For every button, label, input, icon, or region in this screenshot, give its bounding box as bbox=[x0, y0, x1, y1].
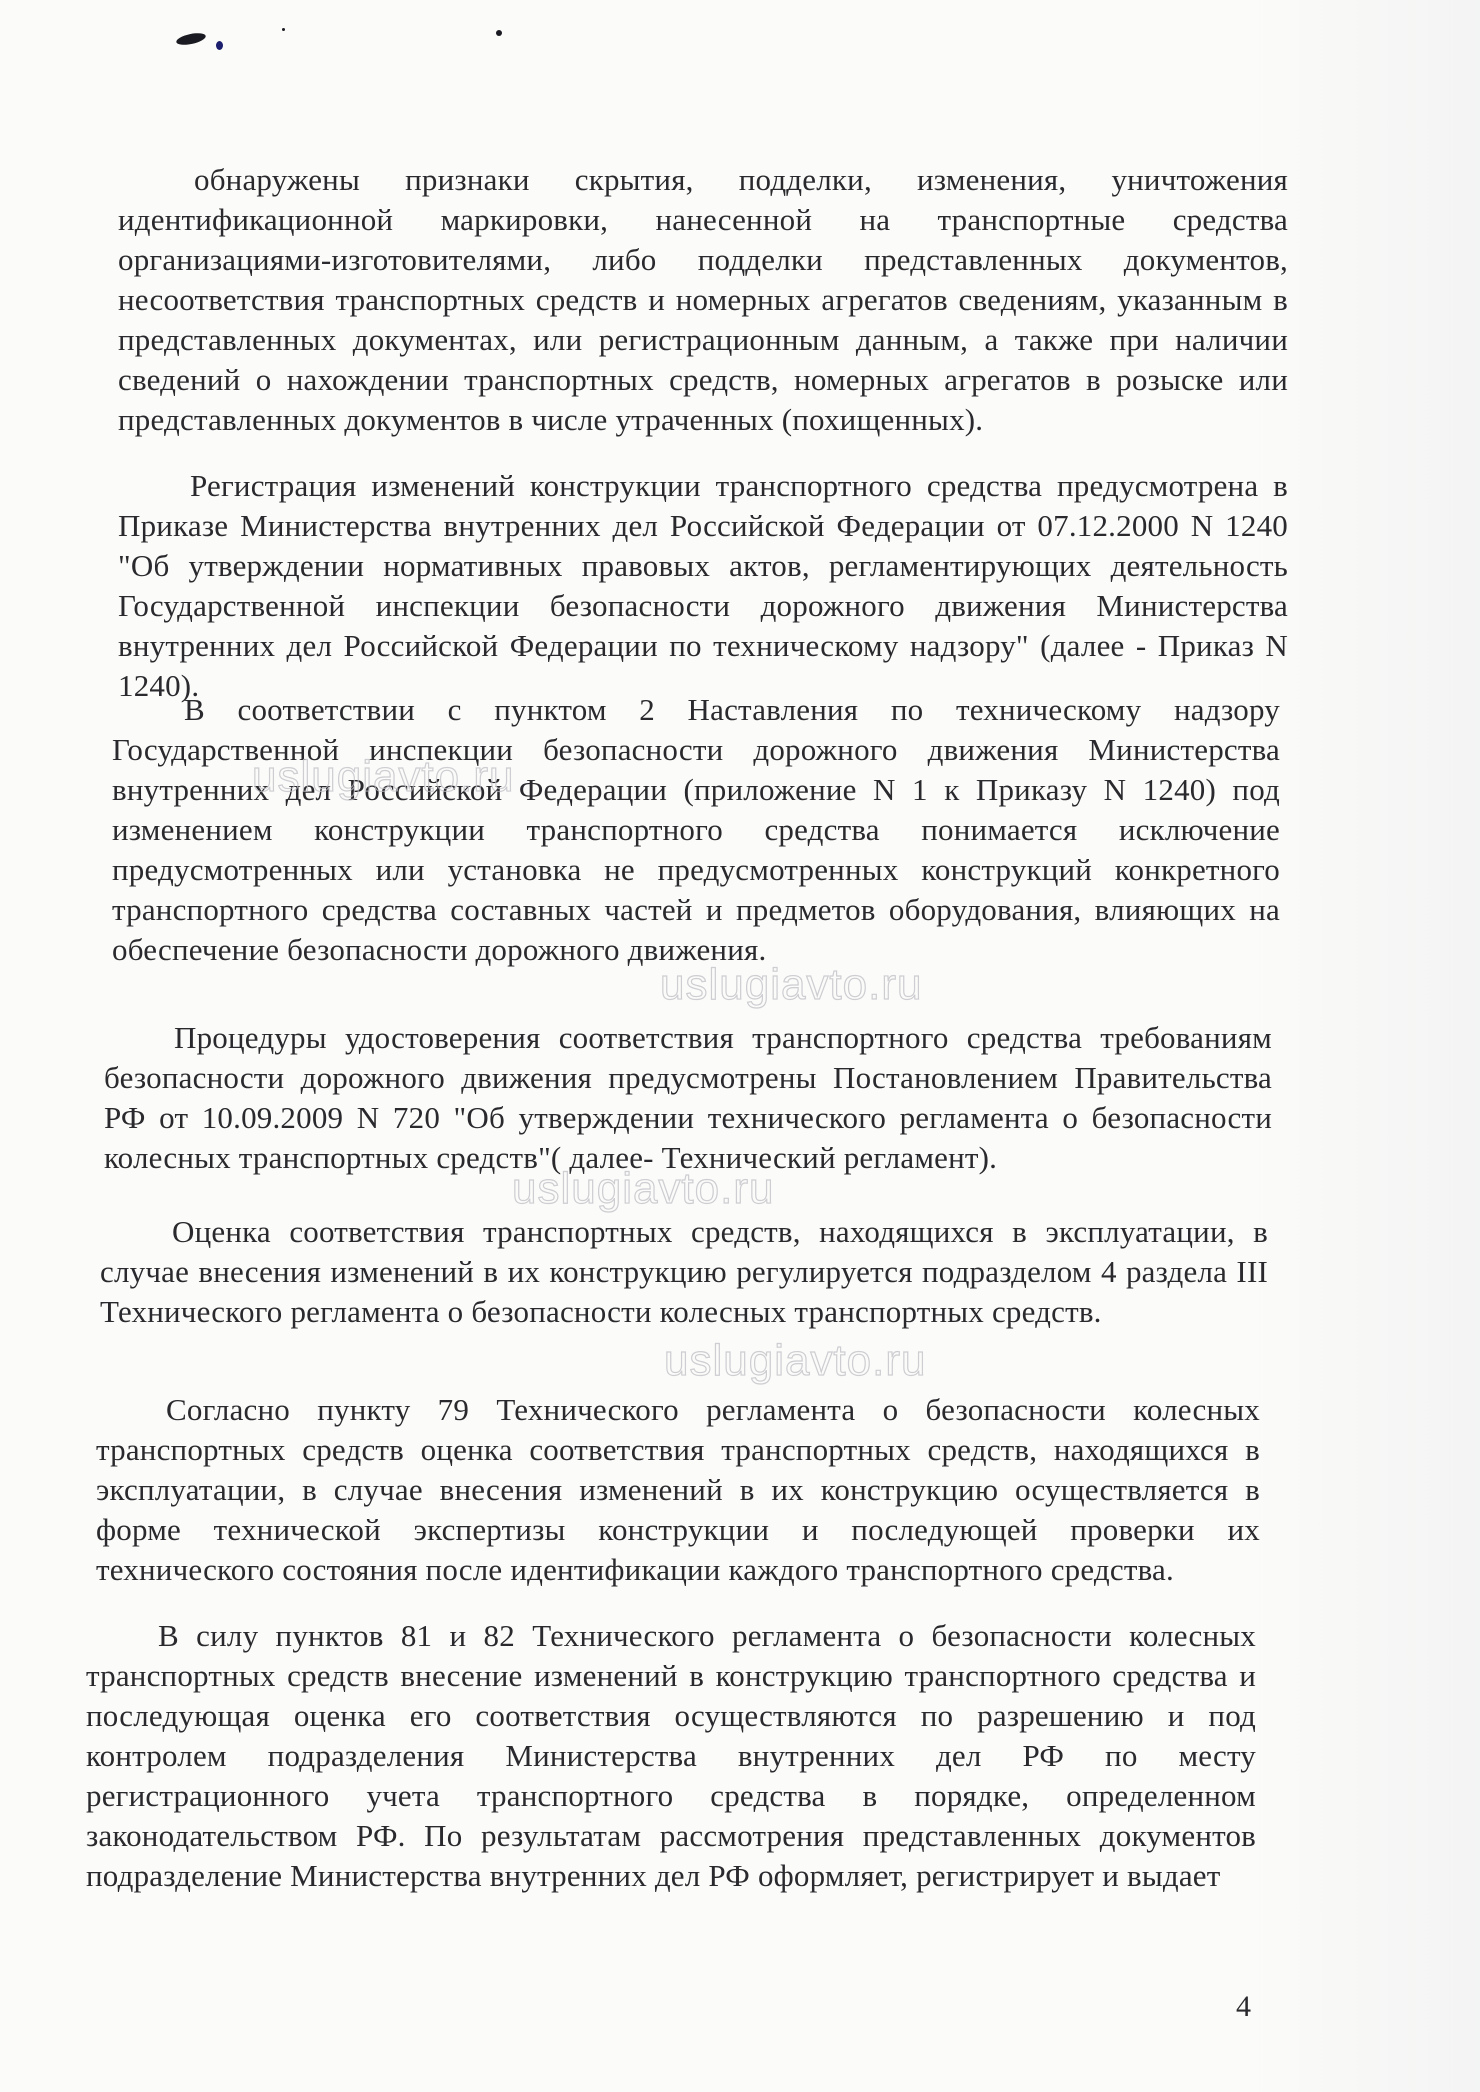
paragraph-3: В соответствии с пунктом 2 Наставления п… bbox=[112, 690, 1280, 970]
watermark: uslugiavto.ru bbox=[664, 1336, 926, 1386]
paragraph-5: Оценка соответствия транспортных средств… bbox=[100, 1212, 1268, 1332]
paragraph-1: обнаружены признаки скрытия, подделки, и… bbox=[118, 160, 1288, 440]
scan-speck-mark bbox=[282, 28, 285, 31]
paragraph-7: В силу пунктов 81 и 82 Технического регл… bbox=[86, 1616, 1256, 1896]
scan-speck-mark bbox=[175, 31, 206, 47]
page-number: 4 bbox=[1236, 1990, 1251, 2024]
paragraph-2: Регистрация изменений конструкции трансп… bbox=[118, 466, 1288, 706]
paragraph-4: Процедуры удостоверения соответствия тра… bbox=[104, 1018, 1272, 1178]
scanned-document-page: обнаружены признаки скрытия, подделки, и… bbox=[0, 0, 1480, 2092]
paragraph-6: Согласно пункту 79 Технического регламен… bbox=[96, 1390, 1260, 1590]
scan-speck-mark bbox=[216, 41, 223, 50]
scan-speck-mark bbox=[496, 30, 502, 36]
